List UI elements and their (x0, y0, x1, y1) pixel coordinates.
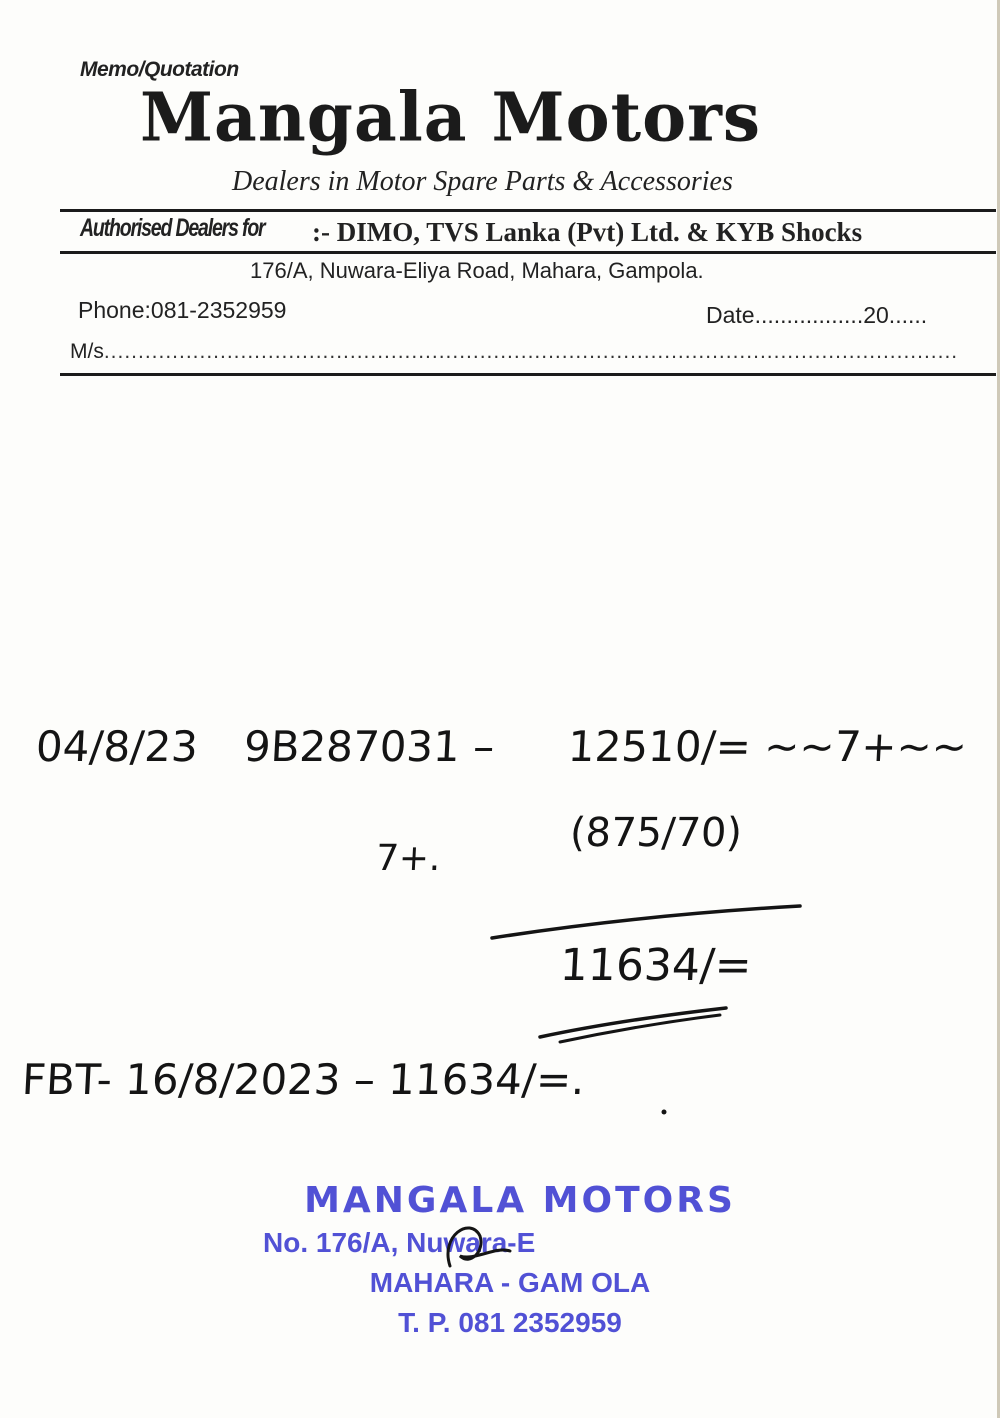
handwritten-total: 11634/= (559, 940, 753, 991)
stamp-line-4: T. P. 081 2352959 (255, 1307, 765, 1339)
handwritten-payment: FBT- 16/8/2023 – 11634/=. (21, 1055, 586, 1104)
signature (440, 1216, 520, 1286)
stamp-line-1: MANGALA MOTORS (275, 1180, 765, 1221)
